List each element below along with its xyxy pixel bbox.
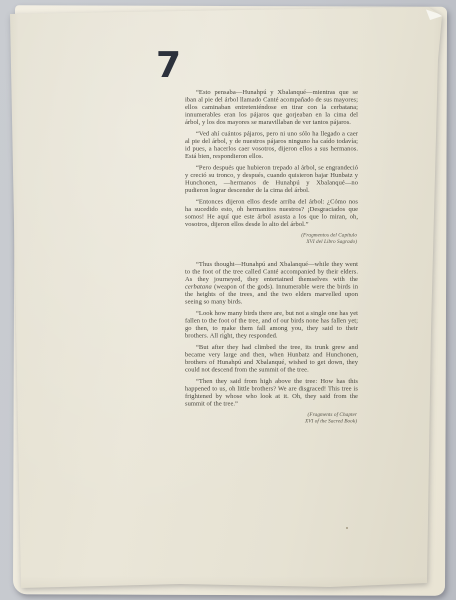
english-attribution: (Fragments of Chapter XVI of the Sacred … bbox=[185, 412, 357, 425]
paper-sheet: 7 “Esto pensaba—Hunahpú y Xbalanqué—mien… bbox=[0, 0, 456, 600]
english-paragraph: “Then they said from high above the tree… bbox=[185, 377, 358, 407]
photograph-of-printed-page: 7 “Esto pensaba—Hunahpú y Xbalanqué—mien… bbox=[0, 0, 456, 600]
page-number: 7 bbox=[156, 48, 181, 84]
spanish-attribution: (Fragmentos del Capítulo XVI del Libro S… bbox=[185, 233, 357, 246]
spanish-paragraph: “Esto pensaba—Hunahpú y Xbalanqué—mientr… bbox=[185, 88, 358, 126]
english-paragraph: “Thus thought—Hunahpú and Xbalanqué—whil… bbox=[185, 260, 358, 305]
english-paragraph-text: “Thus thought—Hunahpú and Xbalanqué—whil… bbox=[185, 260, 358, 283]
paper-wrapper: 7 “Esto pensaba—Hunahpú y Xbalanqué—mien… bbox=[0, 0, 456, 600]
spanish-paragraph: “Entonces dijeron ellos desde arriba del… bbox=[185, 198, 358, 228]
text-column: “Esto pensaba—Hunahpú y Xbalanqué—mientr… bbox=[185, 88, 358, 440]
corner-fold-highlight bbox=[424, 5, 444, 20]
spanish-paragraph: “Ved ahí cuántos pájaros, pero ni uno só… bbox=[185, 130, 358, 160]
english-paragraph-text: (weapon of the gods). Innumerable were t… bbox=[185, 283, 358, 306]
english-paragraph: “But after they had climbed the tree, it… bbox=[185, 343, 358, 373]
english-attribution-line: XVI of the Sacred Book) bbox=[185, 418, 357, 424]
english-paragraph: “Look how many birds there are, but not … bbox=[185, 309, 358, 339]
english-paragraph-italic-word: cerbatana bbox=[185, 283, 212, 291]
paper-speck bbox=[346, 527, 348, 529]
spanish-attribution-line: XVI del Libro Sagrado) bbox=[185, 239, 357, 245]
spanish-paragraph: “Pero después que hubieron trepado al ár… bbox=[185, 164, 358, 194]
